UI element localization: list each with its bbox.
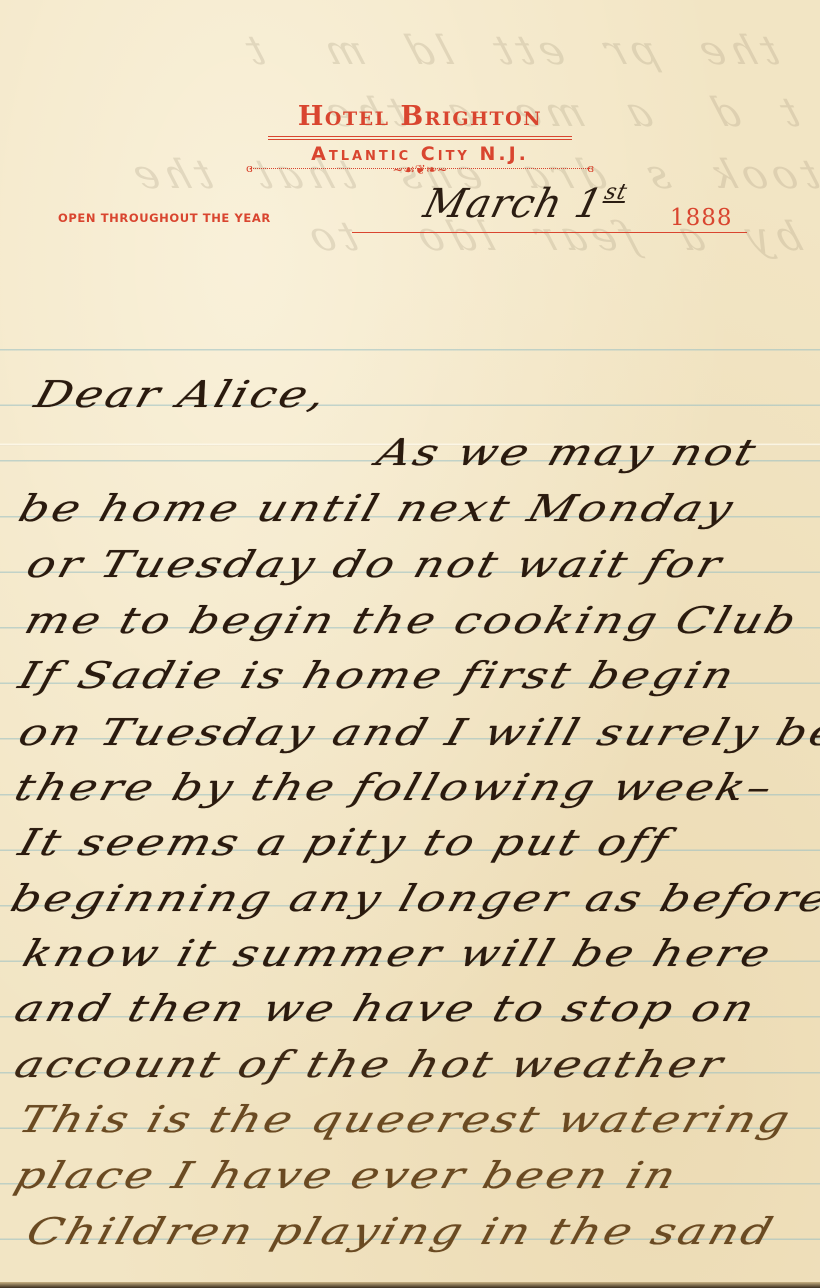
date-month-day: March 1	[419, 181, 608, 227]
page-bottom-edge	[0, 1282, 820, 1288]
letter-line: be home until next Monday	[14, 487, 740, 530]
letter-line: As we may not	[372, 431, 764, 474]
letter-line: beginning any longer as before we	[6, 877, 820, 920]
letter-line: This is the queerest watering	[14, 1098, 797, 1141]
letter-line: If Sadie is home first begin	[14, 654, 742, 697]
date-suffix: st	[602, 180, 630, 205]
date-year: 1888	[670, 205, 733, 231]
letter-line: It seems a pity to put off	[14, 821, 676, 864]
letter-line: there by the following week–	[10, 766, 780, 809]
letterhead-tagline: OPEN THROUGHOUT THE YEAR	[58, 211, 271, 225]
letter-line: Children playing in the sand	[22, 1210, 781, 1253]
ornament-scroll-icon: ɞ	[587, 162, 594, 175]
letter-line: account of the hot weather	[10, 1043, 730, 1086]
letter-page: the pr ett ld m t t d a me a the took s …	[0, 0, 820, 1288]
letter-line: and then we have to stop on	[10, 987, 762, 1030]
letter-line: on Tuesday and I will surely be	[14, 711, 820, 754]
letter-line: or Tuesday do not wait for	[22, 543, 729, 586]
ornament-scroll-icon: ɞ	[246, 162, 253, 175]
letter-line: me to begin the cooking Club	[20, 599, 804, 642]
letter-line: place I have ever been in	[10, 1154, 684, 1197]
date-rule	[352, 232, 747, 233]
flourish-icon: ~☙❦❧~	[392, 164, 447, 178]
letter-line: know it summer will be here	[18, 932, 778, 975]
letterhead: Hotel Brighton Atlantic City N.J. ɞ ~☙❦❧…	[240, 100, 600, 185]
handwritten-date: March 1st	[419, 180, 630, 227]
salutation: Dear Alice,	[30, 373, 334, 416]
hotel-name: Hotel Brighton	[240, 100, 600, 134]
